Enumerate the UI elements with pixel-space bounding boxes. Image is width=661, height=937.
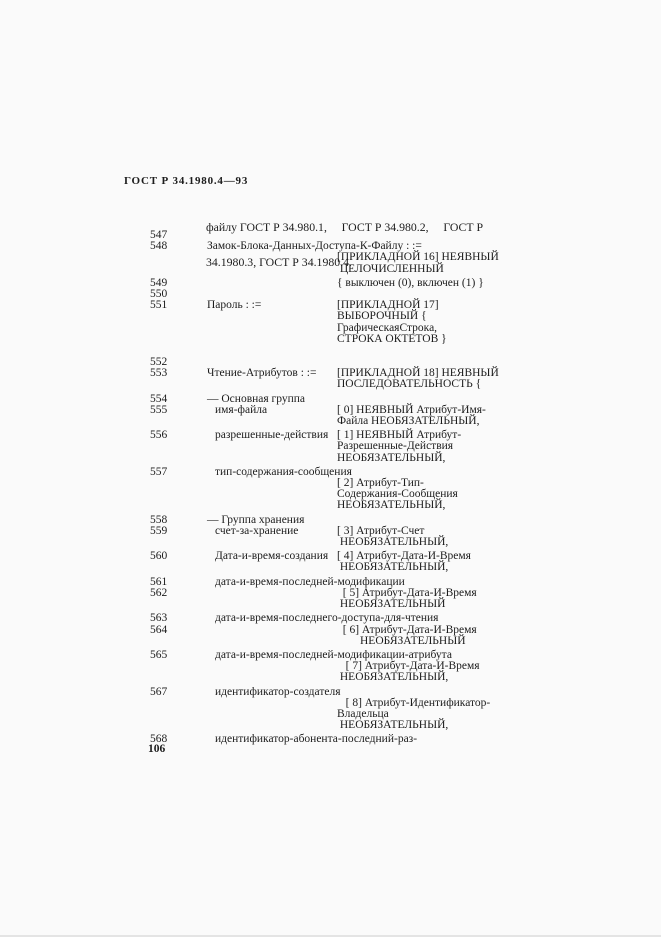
spec-line: 568идентификатор-абонента-последний-раз- <box>150 734 590 745</box>
line-number: 553 <box>150 368 207 390</box>
term-text: Дата-и-время-создания <box>215 551 328 562</box>
standard-code-header: ГОСТ Р 34.1980.4—93 <box>124 175 248 187</box>
spec-line: 560Дата-и-время-создания[ 4] Атрибут-Дат… <box>150 551 590 573</box>
page-number: 106 <box>148 743 165 755</box>
term-line: Пароль : :=[ПРИКЛАДНОЙ 17] <box>337 300 590 311</box>
line-number: 564 <box>150 625 207 647</box>
line-body: [ 5] Атрибут-Дата-И-Время НЕОБЯЗАТЕЛЬНЫЙ <box>207 588 590 610</box>
spec-line: 549{ выключен (0), включен (1) } <box>150 278 590 289</box>
definition-text: ВЫБОРОЧНЫЙ { <box>337 311 590 322</box>
spec-line: 553Чтение-Атрибутов : :=[ПРИКЛАДНОЙ 18] … <box>150 368 590 390</box>
term-text: разрешенные-действия <box>215 430 328 441</box>
term-text: тип-содержания-сообщения <box>215 466 352 478</box>
term-line: имя-файла[ 0] НЕЯВНЫЙ Атрибут-Имя- <box>337 405 590 416</box>
spec-line: 556разрешенные-действия[ 1] НЕЯВНЫЙ Атри… <box>150 430 590 464</box>
definition-text: [ 3] Атрибут-Счет <box>337 525 424 537</box>
spec-line: 548Замок-Блока-Данных-Доступа-К-Файлу : … <box>150 241 590 275</box>
definition-text: [ПРИКЛАДНОЙ 18] НЕЯВНЫЙ <box>337 367 499 379</box>
term-text: Чтение-Атрибутов : := <box>207 368 317 379</box>
line-body: { выключен (0), включен (1) } <box>207 278 590 289</box>
definition-text: [ 4] Атрибут-Дата-И-Время <box>337 550 471 562</box>
definition-text: НЕОБЯЗАТЕЛЬНЫЙ, <box>337 537 590 548</box>
line-body: Дата-и-время-создания[ 4] Атрибут-Дата-И… <box>207 551 590 573</box>
definition-text: ПОСЛЕДОВАТЕЛЬНОСТЬ { <box>337 379 590 390</box>
term-text: имя-файла <box>215 405 267 416</box>
definition-text: [ПРИКЛАДНОЙ 17] <box>337 299 439 311</box>
line-number: 562 <box>150 588 207 610</box>
term-line: идентификатор-абонента-последний-раз- <box>215 734 590 745</box>
line-body: дата-и-время-последней-модификации-атриб… <box>207 650 590 684</box>
term-line: Дата-и-время-создания[ 4] Атрибут-Дата-И… <box>337 551 590 562</box>
definition-text: [ПРИКЛАДНОЙ 16] НЕЯВНЫЙ <box>337 252 590 263</box>
term-text: счет-за-хранение <box>215 526 298 537</box>
term-text: — Основная группа <box>207 393 305 405</box>
line-body: счет-за-хранение[ 3] Атрибут-Счет НЕОБЯЗ… <box>207 526 590 548</box>
definition-text: Файла НЕОБЯЗАТЕЛЬНЫЙ, <box>337 416 590 427</box>
line-number: 563 <box>150 613 207 624</box>
line-body: Пароль : :=[ПРИКЛАДНОЙ 17]ВЫБОРОЧНЫЙ {Гр… <box>207 300 590 345</box>
definition-text: НЕОБЯЗАТЕЛЬНЫЙ, <box>337 720 590 731</box>
term-line: Чтение-Атрибутов : :=[ПРИКЛАДНОЙ 18] НЕЯ… <box>337 368 590 379</box>
definition-text: НЕОБЯЗАТЕЛЬНЫЙ <box>337 599 590 610</box>
line-body: идентификатор-абонента-последний-раз- <box>207 734 590 745</box>
spec-line: 562 [ 5] Атрибут-Дата-И-Время НЕОБЯЗАТЕЛ… <box>150 588 590 610</box>
line-number: 548 <box>150 241 207 275</box>
term-text: дата-и-время-последней-модификации <box>215 576 405 588</box>
line-body: имя-файла[ 0] НЕЯВНЫЙ Атрибут-Имя-Файла … <box>207 405 590 427</box>
term-text: дата-и-время-последней-модификации-атриб… <box>215 649 452 661</box>
line-body: тип-содержания-сообщения[ 2] Атрибут-Тип… <box>207 467 590 512</box>
line-body: идентификатор-создателя [ 8] Атрибут-Иде… <box>207 687 590 732</box>
definition-text: НЕОБЯЗАТЕЛЬНЫЙ, <box>337 672 590 683</box>
line-number: 567 <box>150 687 207 732</box>
definition-text: СТРОКА ОКТЕТОВ } <box>337 334 590 345</box>
term-line: разрешенные-действия[ 1] НЕЯВНЫЙ Атрибут… <box>337 430 590 441</box>
spec-line: 555имя-файла[ 0] НЕЯВНЫЙ Атрибут-Имя-Фай… <box>150 405 590 427</box>
definition-text: { выключен (0), включен (1) } <box>337 278 590 289</box>
line-number: 556 <box>150 430 207 464</box>
spec-line: 567идентификатор-создателя [ 8] Атрибут-… <box>150 687 590 732</box>
spec-line: 559счет-за-хранение[ 3] Атрибут-Счет НЕО… <box>150 526 590 548</box>
term-line: счет-за-хранение[ 3] Атрибут-Счет <box>337 526 590 537</box>
definition-text: НЕОБЯЗАТЕЛЬНЫЙ, <box>337 453 590 464</box>
spec-line: 557тип-содержания-сообщения[ 2] Атрибут-… <box>150 467 590 512</box>
spec-lines: 547548Замок-Блока-Данных-Доступа-К-Файлу… <box>150 227 590 746</box>
term-text: идентификатор-абонента-последний-раз- <box>215 733 417 745</box>
definition-text: [ 1] НЕЯВНЫЙ Атрибут- <box>337 429 461 441</box>
spec-line: 551Пароль : :=[ПРИКЛАДНОЙ 17]ВЫБОРОЧНЫЙ … <box>150 300 590 345</box>
term-line: дата-и-время-последнего-доступа-для-чтен… <box>215 613 590 624</box>
spec-line: 563дата-и-время-последнего-доступа-для-ч… <box>150 613 590 624</box>
scanned-document-page: ГОСТ Р 34.1980.4—93 файлу ГОСТ Р 34.980.… <box>0 0 661 937</box>
definition-text: НЕОБЯЗАТЕЛЬНЫЙ, <box>337 500 590 511</box>
term-text: дата-и-время-последнего-доступа-для-чтен… <box>215 612 438 624</box>
term-text: Пароль : := <box>207 300 261 311</box>
line-number: 551 <box>150 300 207 345</box>
definition-text: ЦЕЛОЧИСЛЕННЫЙ <box>337 264 590 275</box>
definition-text: Разрешенные-Действия <box>337 441 590 452</box>
line-body: дата-и-время-последнего-доступа-для-чтен… <box>207 613 590 624</box>
line-number: 565 <box>150 650 207 684</box>
term-text: — Группа хранения <box>207 514 304 526</box>
line-number: 555 <box>150 405 207 427</box>
line-body: Замок-Блока-Данных-Доступа-К-Файлу : :=[… <box>207 241 590 275</box>
term-text: идентификатор-создателя <box>215 686 340 698</box>
line-number: 557 <box>150 467 207 512</box>
definition-text: [ 0] НЕЯВНЫЙ Атрибут-Имя- <box>337 404 486 416</box>
line-number: 559 <box>150 526 207 548</box>
definition-text: НЕОБЯЗАТЕЛЬНЫЙ, <box>337 562 590 573</box>
line-body: разрешенные-действия[ 1] НЕЯВНЫЙ Атрибут… <box>207 430 590 464</box>
definition-text: НЕОБЯЗАТЕЛЬНЫЙ <box>337 636 590 647</box>
line-body: [ 6] Атрибут-Дата-И-Время НЕОБЯЗАТЕЛЬНЫЙ <box>207 625 590 647</box>
line-body: Чтение-Атрибутов : :=[ПРИКЛАДНОЙ 18] НЕЯ… <box>207 368 590 390</box>
spec-line: 564 [ 6] Атрибут-Дата-И-Время НЕОБЯЗАТЕЛ… <box>150 625 590 647</box>
spec-line: 565дата-и-время-последней-модификации-ат… <box>150 650 590 684</box>
line-number: 560 <box>150 551 207 573</box>
